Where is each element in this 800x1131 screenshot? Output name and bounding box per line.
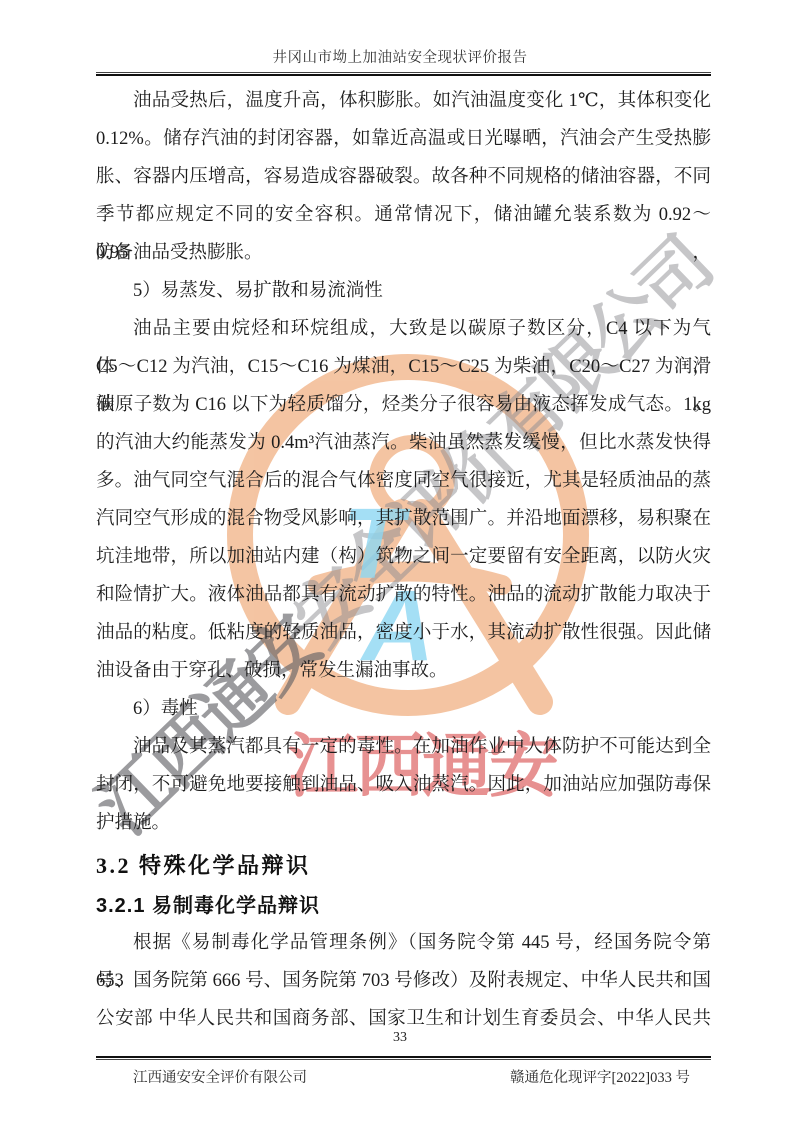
text-line: 汽同空气形成的混合物受风影响，其扩散范围广。并沿地面漂移，易积聚在 [96, 500, 711, 538]
text-line: 护措施。 [96, 804, 711, 842]
page-number: 33 [0, 1030, 800, 1046]
text-line: 油品受热后，温度升高，体积膨胀。如汽油温度变化 1℃，其体积变化 [96, 82, 711, 120]
header-rule [96, 72, 711, 76]
text-line: 油品的粘度。低粘度的轻质油品，密度小于水，其流动扩散性很强。因此储 [96, 614, 711, 652]
text-line: 多。油气同空气混合后的混合气体密度同空气很接近，尤其是轻质油品的蒸 [96, 462, 711, 500]
text-line: 坑洼地带，所以加油站内建（构）筑物之间一定要留有安全距离，以防火灾 [96, 538, 711, 576]
text-line: 6）毒性 [96, 690, 711, 728]
text-line: 碳原子数为 C16 以下为轻质馏分，烃类分子很容易由液态挥发成气态。1kg [96, 386, 711, 424]
text-line: 油品及其蒸汽都具有一定的毒性。在加油作业中人体防护不可能达到全 [96, 728, 711, 766]
text-line: 0.12%。储存汽油的封闭容器，如靠近高温或日光曝晒，汽油会产生受热膨 [96, 120, 711, 158]
subsection-heading: 3.2.1 易制毒化学品辩识 [96, 884, 711, 924]
footer-doc-number: 赣通危化现评字[2022]033 号 [510, 1066, 690, 1087]
text-line: 胀、容器内压增高，容易造成容器破裂。故各种不同规格的储油容器，不同 [96, 158, 711, 196]
text-line: 油设备由于穿孔、破损，常发生漏油事故。 [96, 652, 711, 690]
text-line: 号、国务院第 666 号、国务院第 703 号修改）及附表规定、中华人民共和国 [96, 962, 711, 1000]
text-line: 5）易蒸发、易扩散和易流淌性 [96, 272, 711, 310]
text-line: 季节都应规定不同的安全容积。通常情况下，储油罐允装系数为 0.92～0.95， [96, 196, 711, 234]
document-page: 井冈山市坳上加油站安全现状评价报告 江西通安 安全评价有限公司 T A 江西通安… [0, 0, 800, 1131]
text-line: 油品主要由烷烃和环烷组成，大致是以碳原子数区分，C4 以下为气体， [96, 310, 711, 348]
footer-company: 江西通安安全评价有限公司 [133, 1066, 307, 1087]
section-heading: 3.2 特殊化学品辩识 [96, 842, 711, 884]
text-line: 根据《易制毒化学品管理条例》（国务院令第 445 号，经国务院令第 653 [96, 924, 711, 962]
text-line: 的汽油大约能蒸发为 0.4m³汽油蒸汽。柴油虽然蒸发缓慢，但比水蒸发快得 [96, 424, 711, 462]
body-text: 油品受热后，温度升高，体积膨胀。如汽油温度变化 1℃，其体积变化0.12%。储存… [96, 82, 711, 1038]
text-line: 和险情扩大。液体油品都具有流动扩散的特性。油品的流动扩散能力取决于 [96, 576, 711, 614]
text-line: 封闭，不可避免地要接触到油品、吸入油蒸汽。因此，加油站应加强防毒保 [96, 766, 711, 804]
header-title: 井冈山市坳上加油站安全现状评价报告 [0, 46, 800, 67]
text-line: C5～C12 为汽油，C15～C16 为煤油，C15～C25 为柴油，C20～C… [96, 348, 711, 386]
footer-rule [96, 1056, 711, 1060]
